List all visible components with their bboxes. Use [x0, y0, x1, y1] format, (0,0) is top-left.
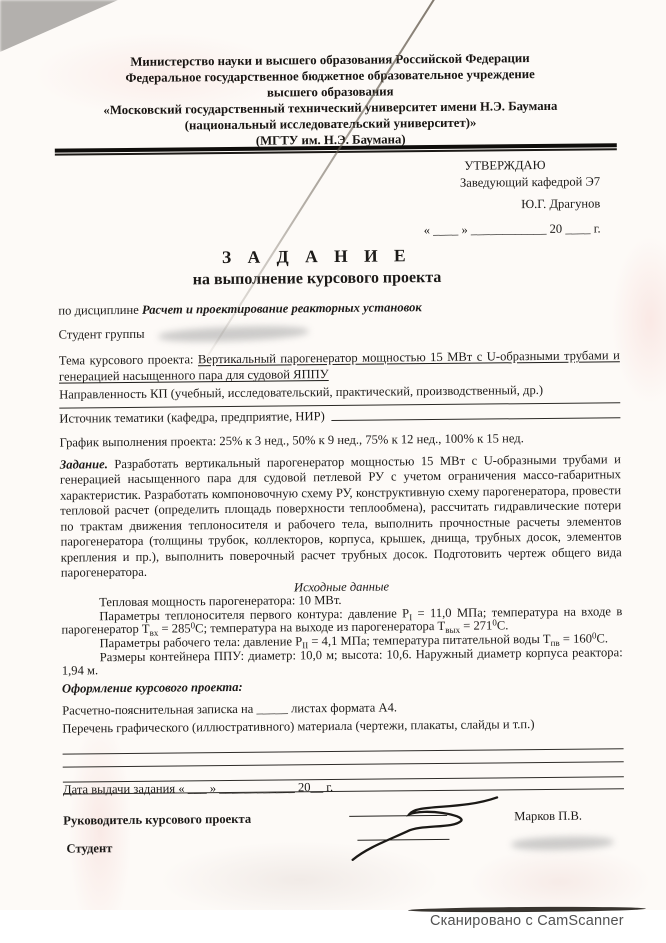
- write-in-line-1: [63, 748, 624, 754]
- issue-date-line: Дата выдачи задания « ___ » ____________…: [63, 780, 333, 798]
- student-label: Студент: [66, 841, 112, 856]
- approval-block: УТВЕРЖДАЮ Заведующий кафедрой Э7 Ю.Г. Др…: [350, 157, 601, 238]
- supervisor-label: Руководитель курсового проекта: [63, 812, 251, 829]
- scanned-page: Министерство науки и высшего образования…: [0, 0, 666, 943]
- task-paragraph: Задание. Разработать вертикальный пароге…: [60, 452, 622, 581]
- supervisor-name: Марков П.В.: [514, 809, 582, 825]
- formatting-graphics: Перечень графического (иллюстративного) …: [62, 715, 623, 736]
- formatting-heading: Оформление курсового проекта:: [62, 675, 623, 696]
- page-tilt-wrapper: Министерство науки и высшего образования…: [0, 0, 666, 943]
- initial-data-container-size: Размеры контейнера ППУ: диаметр: 10,0 м;…: [62, 646, 623, 679]
- student-group-redaction: [158, 324, 308, 343]
- document-title: З А Д А Н И Е: [0, 243, 635, 270]
- student-group-label: Студент группы: [59, 327, 145, 342]
- source-line: Источник тематики (кафедра, предприятие,…: [59, 405, 620, 426]
- document-subtitle: на выполнение курсового проекта: [0, 267, 635, 291]
- approval-position: Заведующий кафедрой Э7: [350, 174, 600, 191]
- student-name-redaction: [511, 835, 613, 851]
- supervisor-signature-scribble: [349, 790, 502, 863]
- camscanner-watermark: Сканировано с CamScanner: [430, 913, 624, 929]
- source-label: Источник тематики (кафедра, предприятие,…: [59, 408, 325, 427]
- discipline-line: по дисциплине Расчет и проектирование ре…: [58, 297, 619, 318]
- write-in-line-2: [63, 761, 624, 767]
- approval-date-blank: « ____ » ____________ 20 ____ г.: [351, 221, 601, 238]
- approval-title: УТВЕРЖДАЮ: [350, 157, 600, 174]
- signature-block: Руководитель курсового проекта Студент М…: [63, 803, 625, 872]
- main-content: по дисциплине Расчет и проектирование ре…: [58, 297, 624, 794]
- schedule-line: График выполнения проекта: 25% к 3 нед.,…: [60, 429, 621, 450]
- university-header: Министерство науки и высшего образования…: [17, 49, 644, 151]
- approval-name: Ю.Г. Драгунов: [350, 196, 600, 213]
- student-group-line: Студент группы: [59, 321, 620, 344]
- source-blank-line: [332, 405, 621, 421]
- topic-line: Тема курсового проекта: Вертикальный пар…: [59, 347, 620, 385]
